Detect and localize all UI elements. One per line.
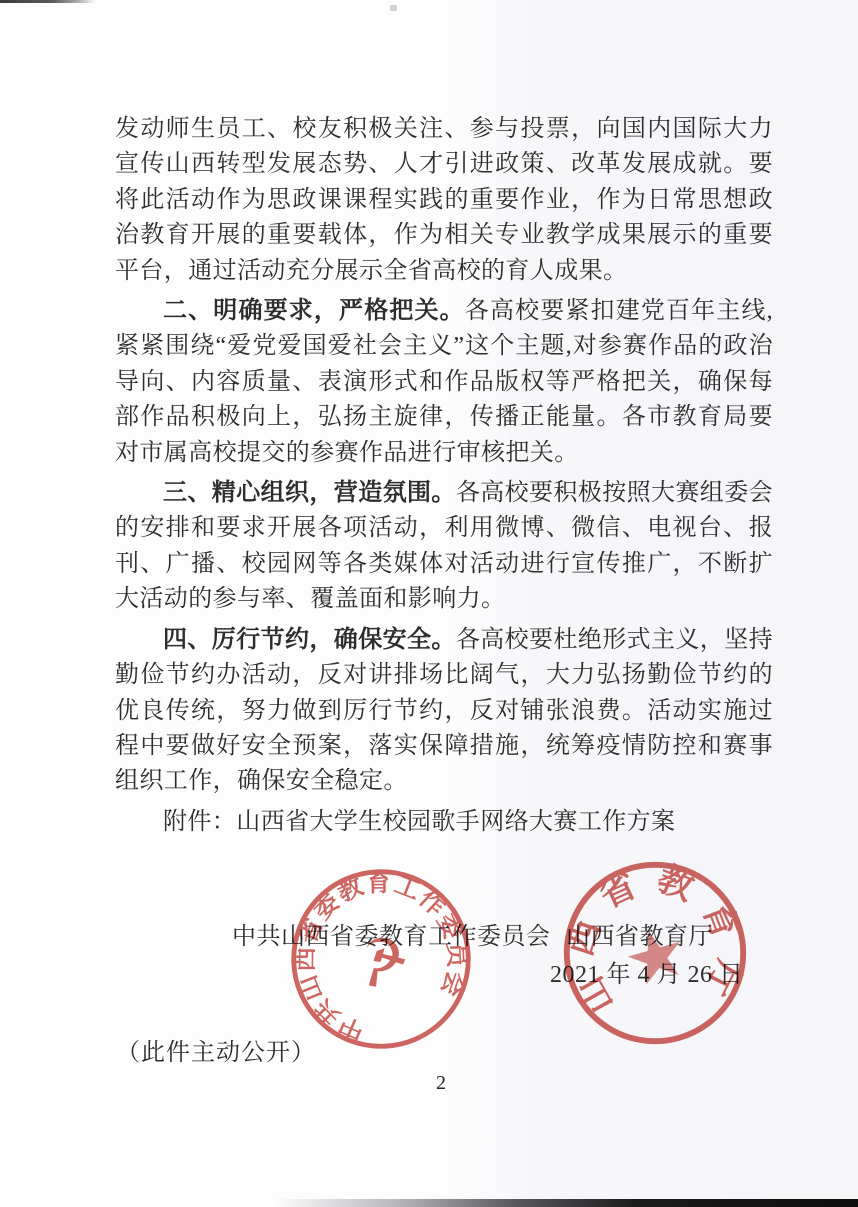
scan-speck — [390, 5, 397, 11]
attachment-line: 附件：山西省大学生校园歌手网络大赛工作方案 — [115, 805, 773, 840]
paragraph: 四、厉行节约，确保安全。各高校要杜绝形式主义，坚持勤俭节约办活动，反对讲排场比阔… — [115, 623, 773, 800]
scan-edge-artifact-top — [0, 0, 96, 3]
star-icon: ★ — [614, 908, 697, 1004]
official-seal-department: 山西省教育厅 ★ — [534, 832, 776, 1074]
paragraph: 三、精心组织，营造氛围。各高校要积极按照大赛组委会的安排和要求开展各项活动，利用… — [115, 476, 773, 618]
attachment-text: 附件：山西省大学生校园歌手网络大赛工作方案 — [163, 809, 675, 835]
hammer-sickle-icon: ☭ — [343, 919, 421, 1005]
scan-edge-artifact-bottom — [0, 1199, 858, 1207]
paragraph-lead: 四、厉行节约，确保安全。 — [163, 627, 456, 653]
disclosure-note: （此件主动公开） — [116, 1032, 316, 1067]
paragraph-text: 发动师生员工、校友积极关注、参与投票，向国内国际大力宣传山西转型发展态势、人才引… — [115, 116, 773, 284]
document-body: 发动师生员工、校友积极关注、参与投票，向国内国际大力宣传山西转型发展态势、人才引… — [115, 112, 773, 845]
scanned-document-page: 发动师生员工、校友积极关注、参与投票，向国内国际大力宣传山西转型发展态势、人才引… — [0, 0, 858, 1207]
paragraph-lead: 三、精心组织，营造氛围。 — [163, 480, 456, 506]
page-number: 2 — [436, 1072, 446, 1095]
paragraph-lead: 二、明确要求，严格把关。 — [163, 298, 465, 324]
paragraph: 发动师生员工、校友积极关注、参与投票，向国内国际大力宣传山西转型发展态势、人才引… — [115, 112, 773, 289]
paragraph: 二、明确要求，严格把关。各高校要紧扣建党百年主线,紧紧围绕“爱党爱国爱社会主义”… — [115, 294, 773, 471]
